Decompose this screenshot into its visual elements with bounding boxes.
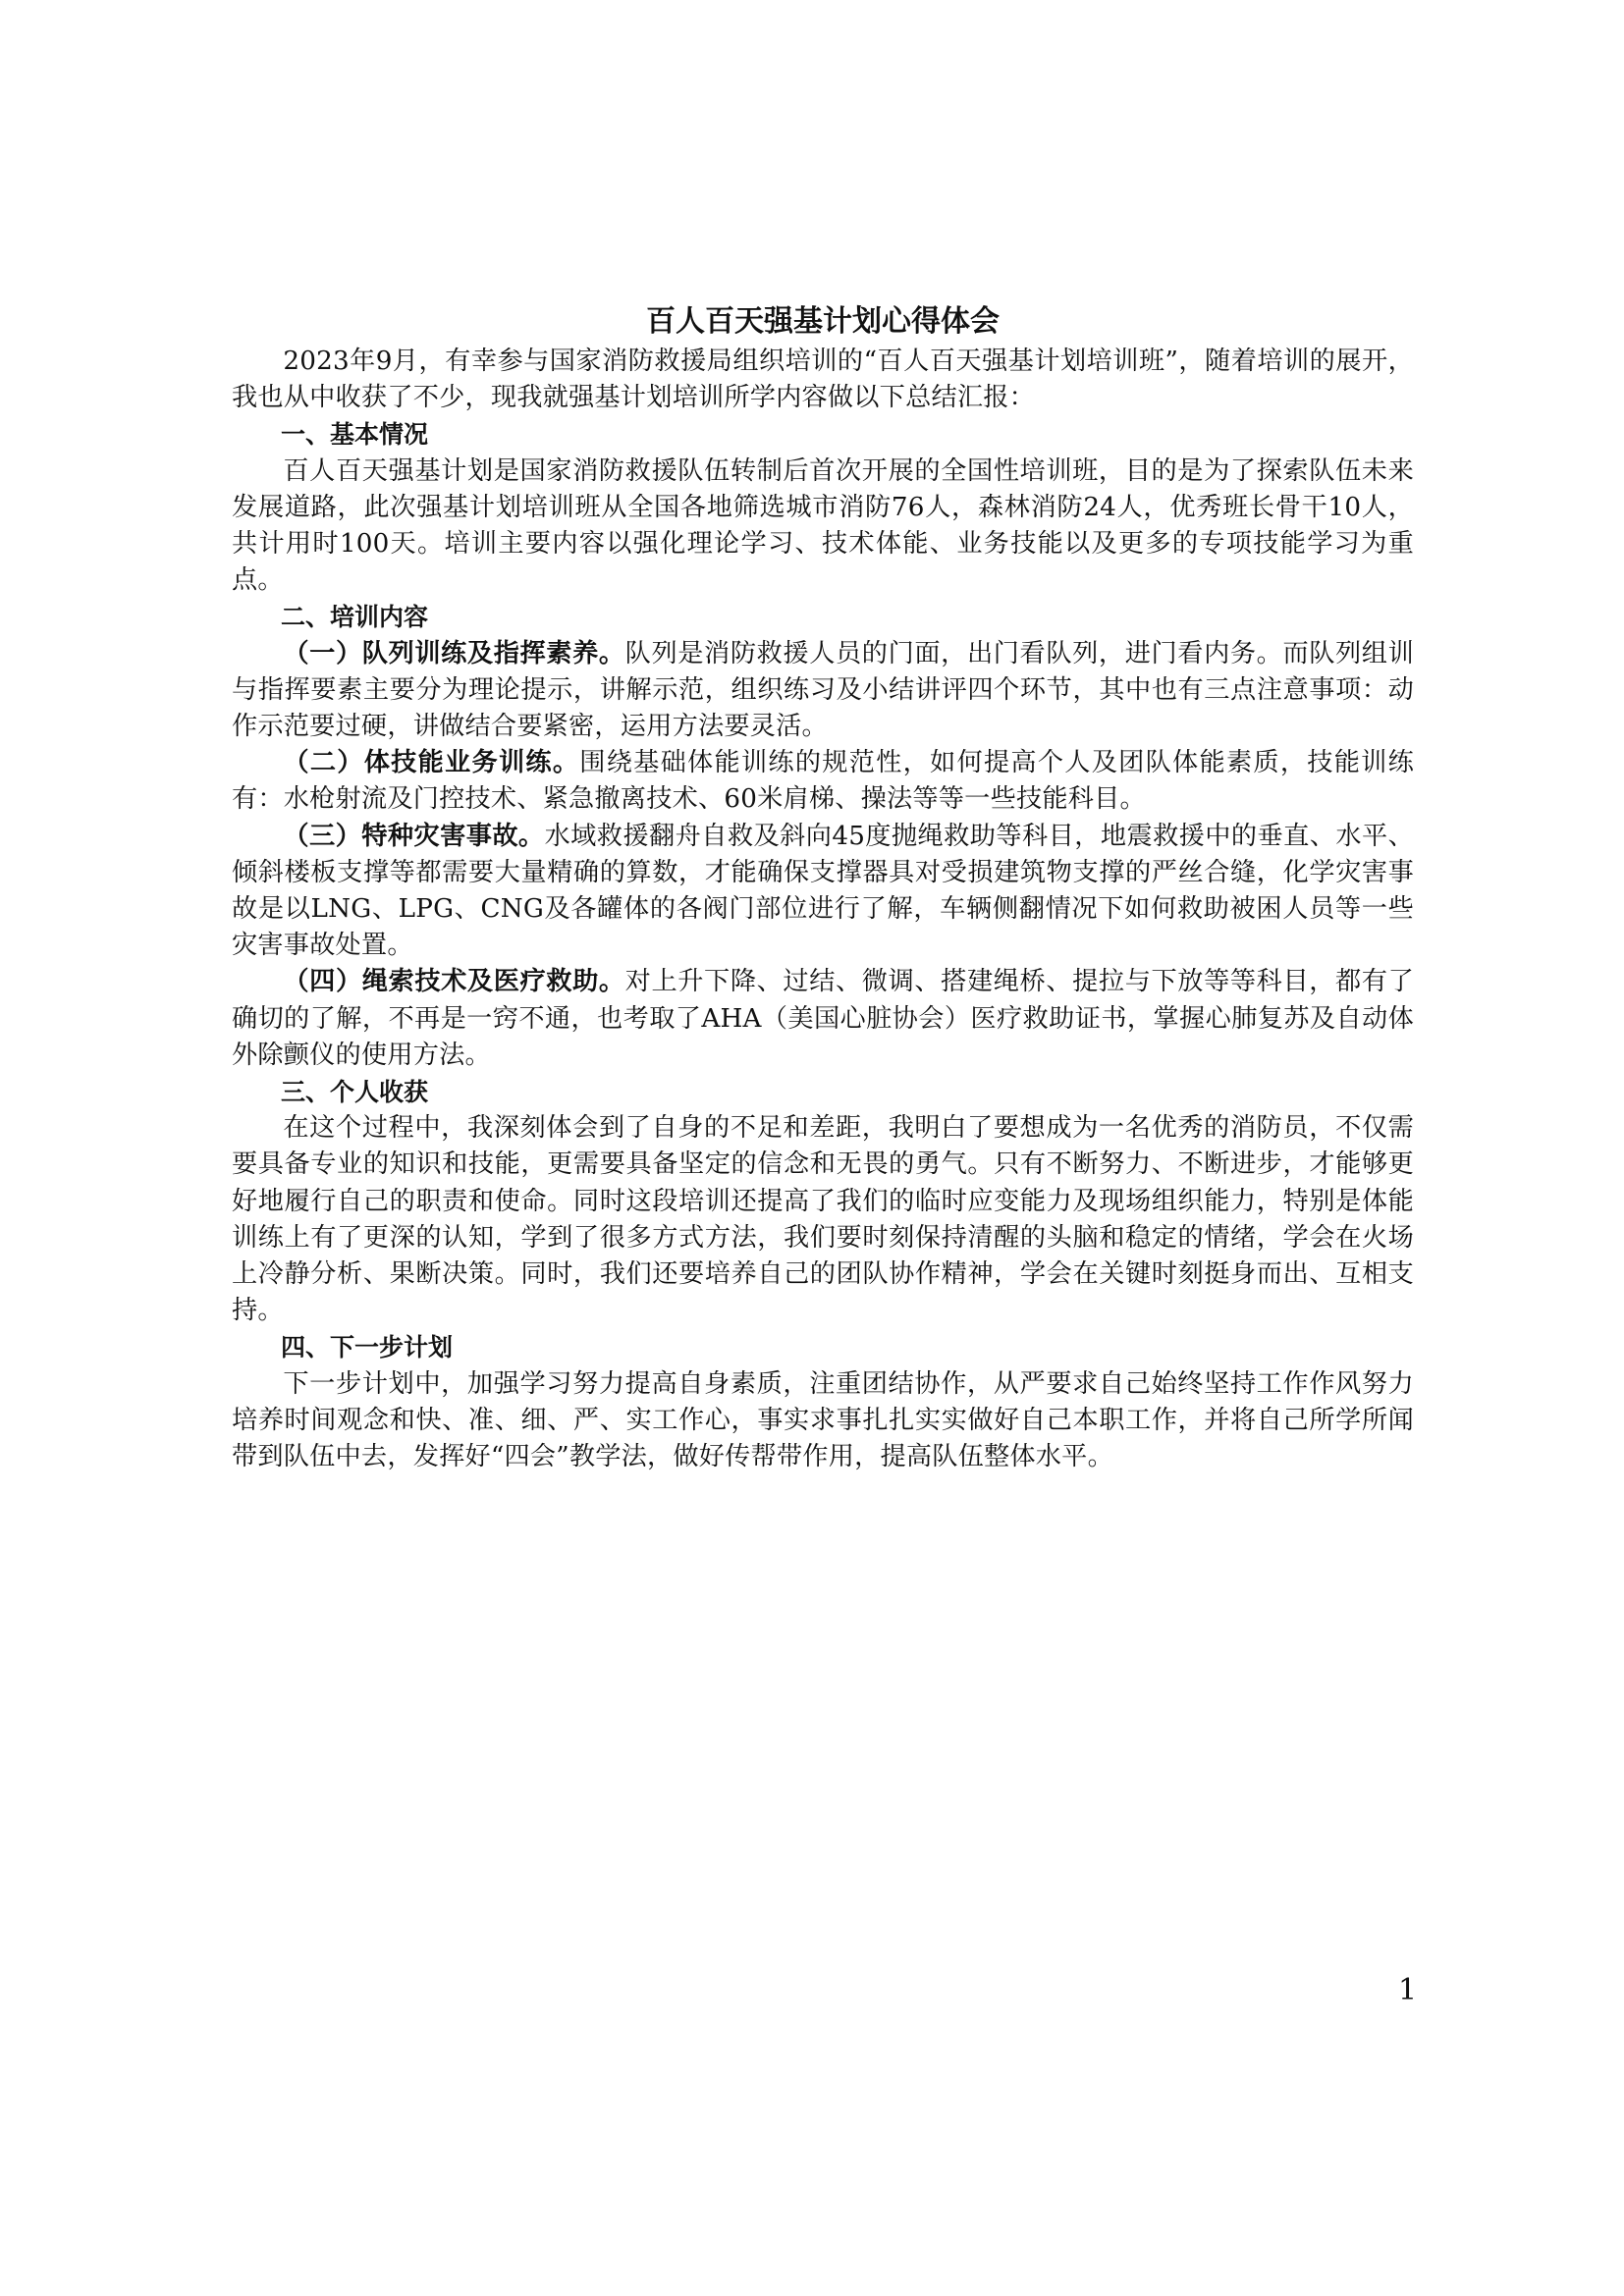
training-item-physical: （二）体技能业务训练。围绕基础体能训练的规范性，如何提高个人及团队体能素质，技能… <box>232 745 1414 818</box>
section-heading-personal-gains: 三、个人收获 <box>232 1074 1414 1110</box>
training-item-rope-medical: （四）绳索技术及医疗救助。对上升下降、过结、微调、搭建绳桥、提拉与下放等等科目，… <box>232 964 1414 1074</box>
intro-paragraph: 2023年9月，有幸参与国家消防救援局组织培训的“百人百天强基计划培训班”，随着… <box>232 344 1414 416</box>
document-page: 百人百天强基计划心得体会 2023年9月，有幸参与国家消防救援局组织培训的“百人… <box>232 300 1414 1475</box>
item-lead: （四）绳索技术及医疗救助。 <box>283 967 624 996</box>
section-heading-basic-info: 一、基本情况 <box>232 416 1414 453</box>
training-item-special-disaster: （三）特种灾害事故。水域救援翻舟自救及斜向45度抛绳救助等科目，地震救援中的垂直… <box>232 819 1414 965</box>
item-lead: （一）队列训练及指挥素养。 <box>283 639 624 668</box>
item-lead: （二）体技能业务训练。 <box>283 748 579 777</box>
training-item-drill: （一）队列训练及指挥素养。队列是消防救援人员的门面，出门看队列，进门看内务。而队… <box>232 636 1414 746</box>
section-heading-training-content: 二、培训内容 <box>232 599 1414 635</box>
page-number: 1 <box>1398 1973 1417 2007</box>
section-paragraph: 百人百天强基计划是国家消防救援队伍转制后首次开展的全国性培训班，目的是为了探索队… <box>232 454 1414 600</box>
section-heading-next-plan: 四、下一步计划 <box>232 1329 1414 1365</box>
document-title: 百人百天强基计划心得体会 <box>232 300 1414 344</box>
section-paragraph: 在这个过程中，我深刻体会到了自身的不足和差距，我明白了要想成为一名优秀的消防员，… <box>232 1110 1414 1329</box>
section-paragraph: 下一步计划中，加强学习努力提高自身素质，注重团结协作，从严要求自己始终坚持工作作… <box>232 1366 1414 1476</box>
item-lead: （三）特种灾害事故。 <box>283 822 544 851</box>
